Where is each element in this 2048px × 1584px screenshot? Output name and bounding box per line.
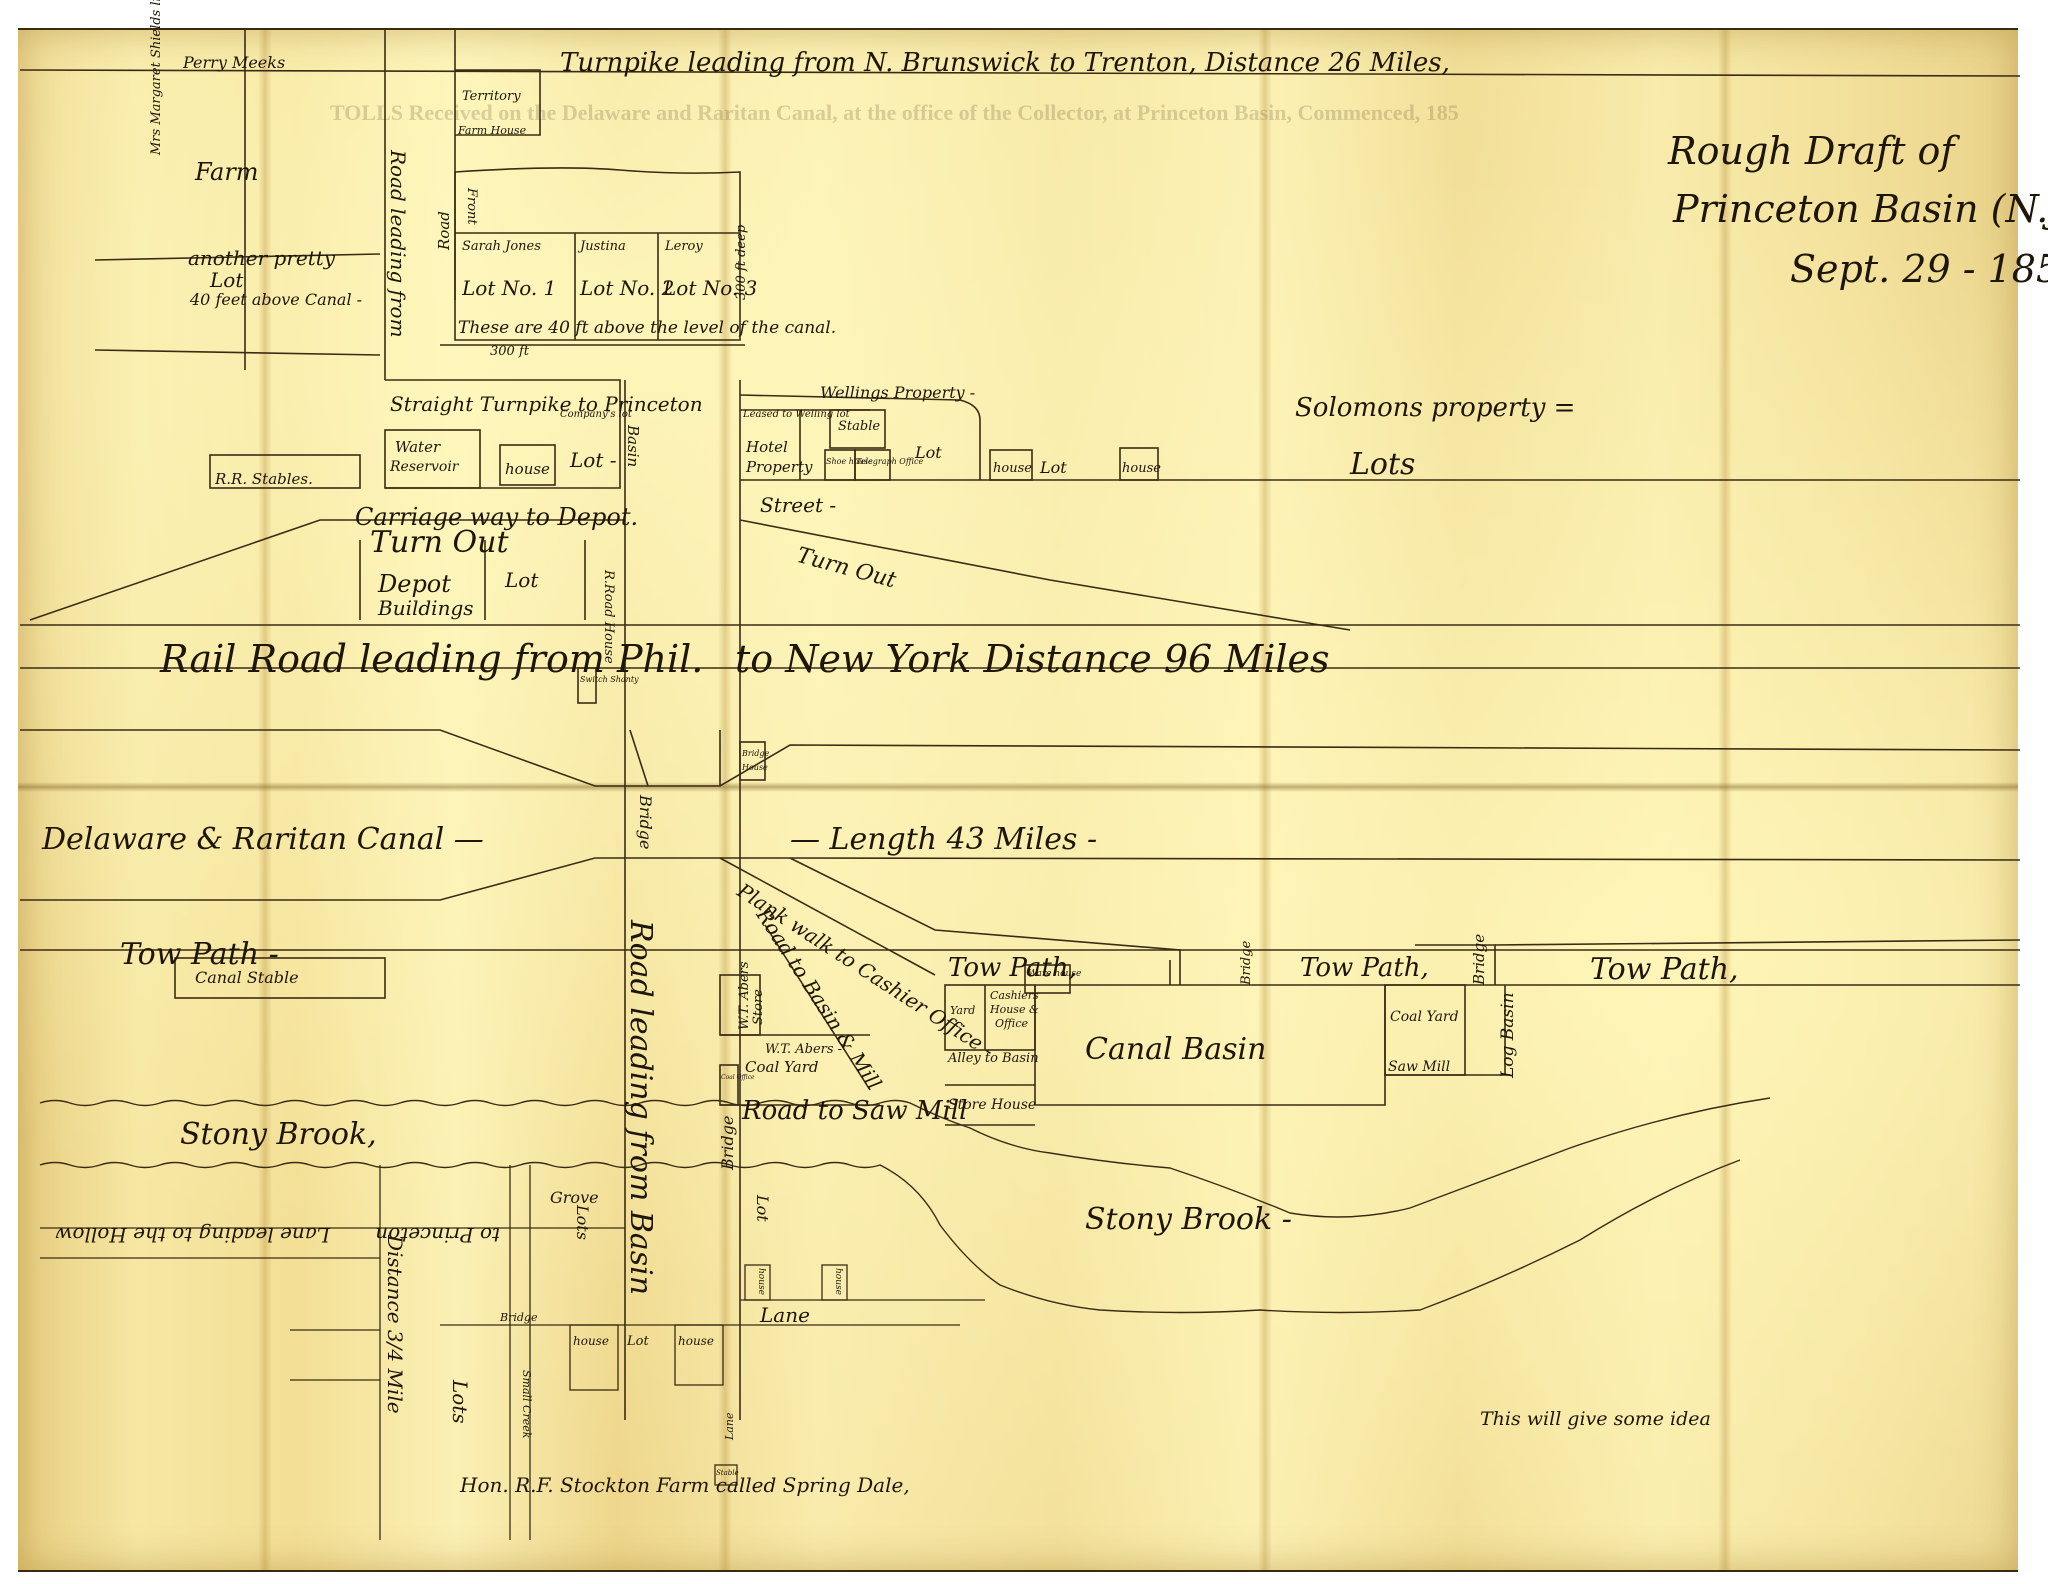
coal-yard-label: Coal Yard bbox=[1390, 1010, 1459, 1024]
lane-leading-label: Lane leading to the Hollow bbox=[55, 1225, 330, 1245]
lot-owner-3: Leroy bbox=[665, 240, 703, 253]
coal-office-label: Coal Office bbox=[721, 1075, 755, 1081]
farm-label: Farm bbox=[195, 160, 259, 184]
wt-store-line1: W.T. Abers bbox=[738, 961, 751, 1030]
bridge-house-line2: House bbox=[742, 764, 768, 772]
hotel-line1: Hotel bbox=[746, 440, 788, 455]
lower-house-4: house bbox=[756, 1268, 765, 1295]
alley-label: Alley to Basin bbox=[948, 1052, 1039, 1065]
another-lot-line3: 40 feet above Canal - bbox=[190, 292, 362, 308]
bridge-house-line1: Bridge bbox=[742, 750, 769, 758]
stony-brook-right-label: Stony Brook - bbox=[1085, 1205, 1292, 1235]
canal-stable-label: Canal Stable bbox=[195, 970, 299, 986]
lower-house-3: house bbox=[678, 1335, 714, 1347]
basin-label: Basin bbox=[625, 425, 640, 467]
distance-note-label: Distance 3/4 Mile bbox=[385, 1235, 405, 1414]
hotel-line2: Property bbox=[746, 460, 812, 475]
lane-vertical-label: Lane bbox=[724, 1413, 735, 1440]
lot-number-1: Lot No. 1 bbox=[462, 278, 556, 298]
road-leading-from-basin-label: Road leading from Basin bbox=[625, 920, 655, 1295]
house-c-label: house bbox=[1122, 462, 1161, 475]
document-title: Rough Draft of bbox=[1668, 132, 1954, 170]
rr-stables-label: R.R. Stables. bbox=[215, 472, 313, 487]
welling-lot-label: Lot bbox=[915, 445, 942, 461]
bridge-small-label: Bridge bbox=[500, 1312, 537, 1323]
welling-property-label: Wellings Property - bbox=[820, 385, 975, 401]
lot-number-2: Lot No. 2 bbox=[580, 278, 674, 298]
road-to-saw-mill-label: Road to Saw Mill bbox=[742, 1098, 967, 1124]
telegraph-office-label: Telegraph Office bbox=[856, 458, 923, 466]
farm-house-label: Farm House bbox=[458, 125, 526, 136]
another-lot-line2: Lot bbox=[210, 270, 243, 290]
document-place: Princeton Basin (N.J.) bbox=[1673, 190, 2048, 228]
stockton-farm-label: Hon. R.F. Stockton Farm called Spring Da… bbox=[460, 1475, 910, 1495]
another-lot-line1: another pretty bbox=[188, 248, 335, 268]
depot-line2: Buildings bbox=[378, 598, 474, 618]
closing-note: This will give some idea bbox=[1480, 1410, 1711, 1429]
log-basin-label: Log Basin bbox=[1500, 992, 1517, 1078]
lots-width-label: 300 ft bbox=[490, 345, 529, 358]
wt-store-line2: Store bbox=[752, 989, 765, 1025]
cashiers-line3: Office bbox=[995, 1018, 1028, 1029]
store-house-label: Store House bbox=[948, 1098, 1036, 1112]
turnpike-label: Turnpike leading from N. Brunswick to Tr… bbox=[560, 50, 1450, 76]
bridge-lower-label: Bridge bbox=[720, 1116, 736, 1170]
water-reservoir-line1: Water bbox=[395, 440, 440, 455]
stony-brook-left-label: Stony Brook, bbox=[180, 1120, 377, 1150]
perry-meeks-label: Perry Meeks bbox=[183, 55, 285, 71]
document-date: Sept. 29 - 1854 bbox=[1790, 250, 2048, 288]
house-label: house bbox=[505, 462, 550, 477]
bridge-right-label: Bridge bbox=[1472, 934, 1487, 985]
water-reservoir-line2: Reservoir bbox=[390, 460, 459, 474]
wt-coal-line2: Coal Yard bbox=[745, 1060, 818, 1075]
lower-house-1: house bbox=[573, 1335, 609, 1347]
small-creek-label: Small Creek bbox=[521, 1370, 532, 1438]
road-leading-from-label: Road leading from bbox=[388, 150, 408, 338]
rr-house-label: R.Road House bbox=[602, 570, 615, 664]
territory-label: Territory bbox=[462, 90, 521, 103]
tow-path-right2-label: Tow Path, bbox=[1590, 955, 1739, 985]
lower-house-5: house bbox=[833, 1268, 842, 1295]
solomons-lots-label: Lots bbox=[1350, 450, 1415, 480]
cashiers-line2: House & bbox=[990, 1004, 1039, 1015]
lot-mid-label: Lot bbox=[754, 1195, 770, 1222]
bridge-mid-label: Bridge bbox=[1240, 941, 1253, 985]
lot-owner-1: Sarah Jones bbox=[462, 240, 541, 253]
lots-road-label: Lots bbox=[574, 1205, 590, 1240]
cashiers-line1: Cashiers bbox=[990, 990, 1039, 1001]
turn-out-left-label: Turn Out bbox=[370, 528, 509, 558]
lower-lot-2: Lot bbox=[627, 1335, 649, 1348]
lot-owner-2: Justina bbox=[580, 240, 626, 253]
stable-label: Stable bbox=[838, 420, 880, 433]
canal-length-label: — Length 43 Miles - bbox=[790, 825, 1097, 855]
companys-lot-label: Company's lot bbox=[560, 410, 632, 420]
wt-coal-line1: W.T. Abers - bbox=[765, 1043, 842, 1056]
lots-note-label: These are 40 ft above the level of the c… bbox=[458, 320, 836, 337]
house-a-label: house bbox=[993, 462, 1032, 475]
map-canvas: TOLLS Received on the Delaware and Rarit… bbox=[0, 0, 2048, 1584]
grove-label: Grove bbox=[550, 1190, 599, 1206]
railroad-label-right: to New York Distance 96 Miles bbox=[735, 640, 1330, 678]
lot-b-label: Lot bbox=[1040, 460, 1067, 476]
mrs-margaret-shields-label: Mrs Margaret Shields line bbox=[150, 0, 163, 155]
map-linework bbox=[0, 0, 2048, 1584]
canal-basin-label: Canal Basin bbox=[1085, 1035, 1266, 1065]
bridge-left-label: Bridge bbox=[637, 795, 653, 849]
ware-house-label: Ware house bbox=[1028, 970, 1081, 979]
yard-label: Yard bbox=[950, 1005, 975, 1016]
tow-path-left-label: Tow Path - bbox=[120, 940, 279, 970]
lots-left-label: Lots bbox=[450, 1380, 470, 1424]
street-label: Street - bbox=[760, 495, 836, 515]
road-label: Road bbox=[437, 211, 452, 250]
lane-label: Lane bbox=[760, 1305, 810, 1325]
tow-path-right1-label: Tow Path, bbox=[1300, 955, 1429, 981]
solomons-property-label: Solomons property = bbox=[1295, 395, 1575, 421]
canal-name-label: Delaware & Raritan Canal — bbox=[42, 825, 484, 855]
straight-turnpike-label: Straight Turnpike to Princeton bbox=[390, 394, 703, 414]
front-label: Front bbox=[465, 188, 478, 225]
lot-depth-label: 300 ft deep bbox=[735, 225, 748, 300]
lot-label: Lot - bbox=[570, 450, 616, 470]
saw-mill-label: Saw Mill bbox=[1388, 1060, 1450, 1074]
leased-lot-label: Leased to Welling lot bbox=[743, 410, 850, 420]
switch-shanty-label: Switch Shanty bbox=[580, 676, 639, 684]
depot-lot-label: Lot bbox=[505, 570, 538, 590]
depot-line1: Depot bbox=[378, 572, 451, 596]
railroad-label-left: Rail Road leading from Phil. bbox=[160, 640, 703, 678]
